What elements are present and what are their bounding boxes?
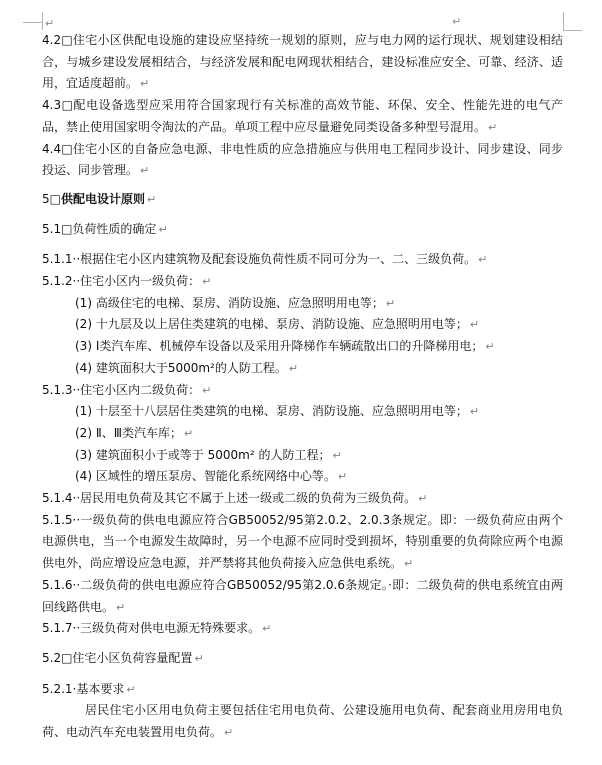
paragraph-mark: ↵ bbox=[404, 557, 413, 570]
paragraph-5-1-1: 5.1.1··根据住宅小区内建筑物及配套设施负荷性质不同可分为一、二、三级负荷。… bbox=[42, 249, 563, 271]
paragraph-4-3: 4.3□配电设备选型应采用符合国家现行有关标准的高效节能、环保、安全、性能先进的… bbox=[42, 95, 563, 138]
paragraph-mark: ↵ bbox=[140, 77, 149, 90]
paragraph-mark: ↵ bbox=[184, 427, 193, 440]
heading-text: 5.1□负荷性质的确定 bbox=[42, 222, 156, 236]
paragraph-mark: ↵ bbox=[126, 683, 135, 696]
paragraph-text: 5.1.4··居民用电负荷及其它不属于上述一级或二级的负荷为三级负荷。 bbox=[42, 491, 416, 505]
paragraph-mark: ↵ bbox=[147, 193, 156, 206]
heading-section-5-2: 5.2□住宅小区负荷容量配置↵ bbox=[42, 648, 563, 670]
paragraph-text: 5.1.7··三级负荷对供电电源无特殊要求。 bbox=[42, 621, 260, 635]
paragraph-mark: ↵ bbox=[202, 275, 211, 288]
list-item: (1) 高级住宅的电梯、泵房、消防设施、应急照明用电等；↵ bbox=[42, 293, 563, 315]
paragraph-mark: ↵ bbox=[45, 18, 54, 29]
paragraph-mark: ↵ bbox=[386, 297, 395, 310]
paragraph-mark: ↵ bbox=[224, 726, 233, 739]
list-item-text: (1) 高级住宅的电梯、泵房、消防设施、应急照明用电等； bbox=[75, 296, 384, 310]
crop-mark-top-right-horizontal bbox=[563, 30, 582, 31]
list-item: (4) 区域性的增压泵房、智能化系统网络中心等。↵ bbox=[42, 466, 563, 488]
paragraph-5-1-6: 5.1.6··二级负荷的供电电源应符合GB50052/95第2.0.6条规定。·… bbox=[42, 575, 563, 618]
heading-section-5-1: 5.1□负荷性质的确定↵ bbox=[42, 219, 563, 241]
paragraph-mark: ↵ bbox=[289, 362, 298, 375]
paragraph-mark: ↵ bbox=[338, 470, 347, 483]
paragraph-5-2-1-body: 居民住宅小区用电负荷主要包括住宅用电负荷、公建设施用电负荷、配套商业用房用电负荷… bbox=[42, 700, 563, 743]
heading-number: 5□ bbox=[42, 192, 61, 206]
paragraph-mark: ↵ bbox=[158, 223, 167, 236]
list-item: (2) Ⅱ、Ⅲ类汽车库；↵ bbox=[42, 423, 563, 445]
paragraph-5-1-7: 5.1.7··三级负荷对供电电源无特殊要求。↵ bbox=[42, 618, 563, 640]
paragraph-mark: ↵ bbox=[332, 449, 341, 462]
list-item: (2) 十九层及以上居住类建筑的电梯、泵房、消防设施、应急照明用电等；↵ bbox=[42, 314, 563, 336]
document-page: { "page": { "background": "#ffffff", "te… bbox=[0, 0, 602, 765]
paragraph-text: 4.3□配电设备选型应采用符合国家现行有关标准的高效节能、环保、安全、性能先进的… bbox=[42, 98, 563, 134]
list-item-text: (2) Ⅱ、Ⅲ类汽车库； bbox=[75, 426, 182, 440]
heading-text: 5.2.1·基本要求 bbox=[42, 682, 124, 696]
paragraph-5-1-5: 5.1.5··一级负荷的供电电源应符合GB50052/95第2.0.2、2.0.… bbox=[42, 510, 563, 575]
paragraph-mark: ↵ bbox=[488, 121, 497, 134]
heading-title: 供配电设计原则 bbox=[61, 192, 145, 206]
heading-text: 5.2□住宅小区负荷容量配置 bbox=[42, 651, 192, 665]
paragraph-text: 5.1.5··一级负荷的供电电源应符合GB50052/95第2.0.2、2.0.… bbox=[42, 513, 563, 570]
paragraph-text: 5.1.2··住宅小区内一级负荷： bbox=[42, 274, 200, 288]
list-item: (4) 建筑面积大于5000m²的人防工程。↵ bbox=[42, 358, 563, 380]
crop-mark-top-left-vertical bbox=[42, 12, 43, 30]
paragraph-text: 4.4□住宅小区的自备应急电源、非电性质的应急措施应与供用电工程同步设计、同步建… bbox=[42, 142, 563, 178]
document-body: 4.2□住宅小区供配电设施的建设应坚持统一规划的原则，应与电力网的运行现状、规划… bbox=[42, 30, 563, 744]
crop-mark-top-right-vertical bbox=[563, 12, 564, 30]
paragraph-mark: ↵ bbox=[485, 340, 494, 353]
list-item-text: (2) 十九层及以上居住类建筑的电梯、泵房、消防设施、应急照明用电等； bbox=[75, 317, 468, 331]
paragraph-5-1-4: 5.1.4··居民用电负荷及其它不属于上述一级或二级的负荷为三级负荷。↵ bbox=[42, 488, 563, 510]
paragraph-5-1-3: 5.1.3··住宅小区内二级负荷：↵ bbox=[42, 380, 563, 402]
paragraph-4-4: 4.4□住宅小区的自备应急电源、非电性质的应急措施应与供用电工程同步设计、同步建… bbox=[42, 139, 563, 182]
list-item: (3) 建筑面积小于或等于 5000m² 的人防工程；↵ bbox=[42, 445, 563, 467]
list-item-text: (4) 区域性的增压泵房、智能化系统网络中心等。 bbox=[75, 469, 336, 483]
list-item: (1) 十层至十八层居住类建筑的电梯、泵房、消防设施、应急照明用电等；↵ bbox=[42, 401, 563, 423]
list-item-text: (3) 建筑面积小于或等于 5000m² 的人防工程； bbox=[75, 448, 330, 462]
paragraph-mark: ↵ bbox=[262, 622, 271, 635]
paragraph-text: 居民住宅小区用电负荷主要包括住宅用电负荷、公建设施用电负荷、配套商业用房用电负荷… bbox=[42, 703, 563, 739]
list-item-text: (3) I类汽车库、机械停车设备以及采用升降梯作车辆疏散出口的升降梯用电； bbox=[75, 339, 483, 353]
paragraph-text: 4.2□住宅小区供配电设施的建设应坚持统一规划的原则，应与电力网的运行现状、规划… bbox=[42, 33, 563, 90]
crop-mark-top-left-horizontal bbox=[23, 22, 42, 23]
paragraph-mark: ↵ bbox=[116, 601, 125, 614]
paragraph-mark: ↵ bbox=[470, 318, 479, 331]
paragraph-mark: ↵ bbox=[452, 16, 461, 27]
paragraph-mark: ↵ bbox=[202, 384, 211, 397]
list-item-text: (1) 十层至十八层居住类建筑的电梯、泵房、消防设施、应急照明用电等； bbox=[75, 404, 468, 418]
paragraph-mark: ↵ bbox=[478, 253, 487, 266]
heading-section-5-2-1: 5.2.1·基本要求↵ bbox=[42, 679, 563, 701]
heading-section-5: 5□供配电设计原则↵ bbox=[42, 189, 563, 211]
paragraph-5-1-2: 5.1.2··住宅小区内一级负荷：↵ bbox=[42, 271, 563, 293]
list-item-text: (4) 建筑面积大于5000m²的人防工程。 bbox=[75, 361, 287, 375]
paragraph-mark: ↵ bbox=[140, 164, 149, 177]
paragraph-4-2: 4.2□住宅小区供配电设施的建设应坚持统一规划的原则，应与电力网的运行现状、规划… bbox=[42, 30, 563, 95]
paragraph-text: 5.1.3··住宅小区内二级负荷： bbox=[42, 383, 200, 397]
paragraph-text: 5.1.1··根据住宅小区内建筑物及配套设施负荷性质不同可分为一、二、三级负荷。 bbox=[42, 252, 476, 266]
paragraph-mark: ↵ bbox=[470, 405, 479, 418]
paragraph-mark: ↵ bbox=[194, 652, 203, 665]
paragraph-mark: ↵ bbox=[418, 492, 427, 505]
list-item: (3) I类汽车库、机械停车设备以及采用升降梯作车辆疏散出口的升降梯用电；↵ bbox=[42, 336, 563, 358]
